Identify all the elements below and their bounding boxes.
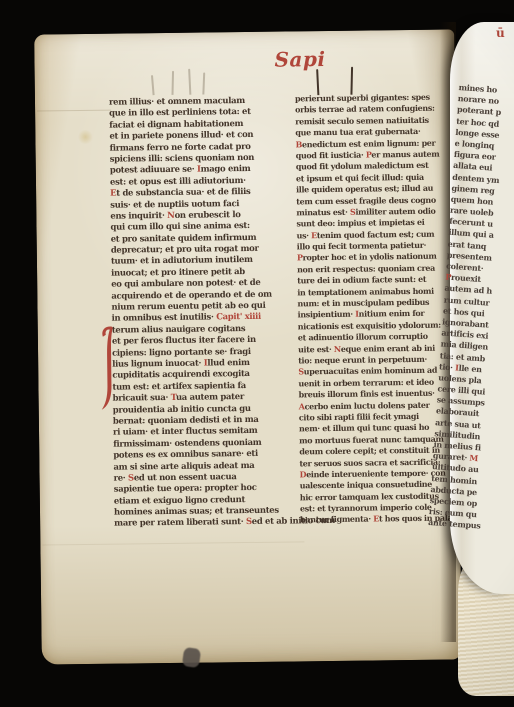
left-text-column: rem illius· et omnem maculamque in illo … [109, 95, 306, 530]
text-line: us· Etenim quod factum est; cum [297, 228, 457, 241]
ascender-flourish [316, 69, 319, 95]
text-line: breuis illorum finis est inuentus· [299, 388, 459, 401]
text-line: uite est· Neque enim erant ab ini [298, 342, 458, 355]
ascender-flourish [171, 71, 174, 95]
edge-smudge [182, 647, 201, 668]
ascender-flourish [151, 75, 155, 95]
ascender-flourish [350, 67, 353, 95]
text-line: orbis terrae ad ratem confugiens: [295, 103, 455, 116]
crease-line [42, 541, 304, 545]
parchment-stain [77, 130, 93, 144]
manuscript-photo: Sapi rem illius· et omnem maculamque in … [0, 0, 514, 707]
facing-running-title-fragment: ū [496, 26, 505, 40]
text-line: quod fit iusticia· Per manus autem [296, 148, 456, 161]
manuscript-page: Sapi rem illius· et omnem maculamque in … [34, 29, 462, 664]
text-line: non erit respectus: quoniam crea [297, 262, 457, 275]
ascender-flourish [202, 72, 205, 94]
text-line: mare per ratem liberati sunt· Sed et ab … [114, 517, 306, 531]
running-title: Sapi [274, 47, 325, 72]
facing-leaf-edge: ū mines honorare nopoterant pter hoc qdl… [450, 22, 514, 594]
text-line: minatus est· Similiter autem odio [296, 205, 456, 218]
text-line: Superuacuitas enim hominum ad [298, 365, 458, 378]
text-line: in temptationem animabus homi [297, 285, 457, 298]
chapter-initial-i [98, 326, 117, 412]
crease-line [37, 110, 111, 112]
ascender-flourish [188, 69, 191, 95]
text-line: nicationis est exquisitio ydolorum: [298, 319, 458, 332]
